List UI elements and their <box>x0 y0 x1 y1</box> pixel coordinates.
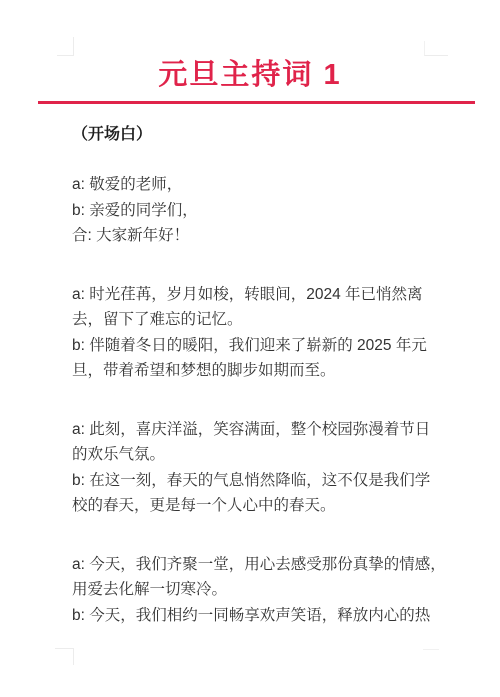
crop-mark-top-right-icon <box>424 41 448 56</box>
script-line: b: 亲爱的同学们， <box>72 198 460 224</box>
script-line: 用爱去化解一切寒冷。 <box>72 577 460 603</box>
script-line: a: 时光荏苒，岁月如梭，转眼间，2024 年已悄然离 <box>72 282 460 308</box>
script-line: 校的春天，更是每一个人心中的春天。 <box>72 493 460 519</box>
script-line: b: 伴随着冬日的暖阳，我们迎来了崭新的 2025 年元 <box>72 333 460 359</box>
crop-mark-bottom-right-icon <box>423 649 439 660</box>
script-line: a: 今天，我们齐聚一堂，用心去感受那份真挚的情感， <box>72 552 460 578</box>
crop-mark-bottom-left-icon <box>55 648 74 665</box>
script-block-festive-campus: a: 此刻，喜庆洋溢，笑容满面，整个校园弥漫着节日 的欢乐气氛。 b: 在这一刻… <box>72 417 460 519</box>
script-line: 旦，带着希望和梦想的脚步如期而至。 <box>72 358 460 384</box>
script-line: 合: 大家新年好！ <box>72 223 460 249</box>
script-line: b: 在这一刻，春天的气息悄然降临，这不仅是我们学 <box>72 468 460 494</box>
script-line: a: 敬爱的老师， <box>72 172 460 198</box>
script-line: b: 今天，我们相约一同畅享欢声笑语，释放内心的热 <box>72 603 460 629</box>
script-content: （开场白） a: 敬爱的老师， b: 亲爱的同学们， 合: 大家新年好！ a: … <box>72 122 460 628</box>
crop-mark-top-left-icon <box>57 37 74 56</box>
script-line: 去，留下了难忘的记忆。 <box>72 307 460 333</box>
title-divider <box>38 101 475 104</box>
script-block-greeting: a: 敬爱的老师， b: 亲爱的同学们， 合: 大家新年好！ <box>72 172 460 249</box>
section-label-opening: （开场白） <box>72 122 460 148</box>
script-block-gathering: a: 今天，我们齐聚一堂，用心去感受那份真挚的情感， 用爱去化解一切寒冷。 b:… <box>72 552 460 629</box>
script-line: a: 此刻，喜庆洋溢，笑容满面，整个校园弥漫着节日 <box>72 417 460 443</box>
script-line: 的欢乐气氛。 <box>72 442 460 468</box>
script-block-farewell-2024: a: 时光荏苒，岁月如梭，转眼间，2024 年已悄然离 去，留下了难忘的记忆。 … <box>72 282 460 384</box>
document-page: 元旦主持词 1 （开场白） a: 敬爱的老师， b: 亲爱的同学们， 合: 大家… <box>0 0 500 697</box>
